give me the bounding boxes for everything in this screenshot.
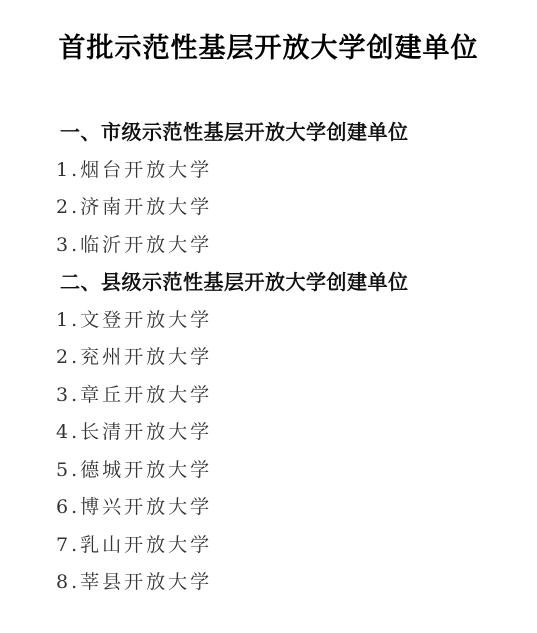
document-body: 一、市级示范性基层开放大学创建单位 1.烟台开放大学 2.济南开放大学 3.临沂… <box>0 112 537 600</box>
list-item-county-6: 6.博兴开放大学 <box>0 487 537 525</box>
list-item-county-2: 2.兖州开放大学 <box>0 337 537 375</box>
section-heading-county: 二、县级示范性基层开放大学创建单位 <box>0 262 537 300</box>
list-item-municipal-2: 2.济南开放大学 <box>0 187 537 225</box>
list-item-county-3: 3.章丘开放大学 <box>0 375 537 413</box>
list-item-municipal-1: 1.烟台开放大学 <box>0 150 537 188</box>
list-item-county-5: 5.德城开放大学 <box>0 450 537 488</box>
list-item-county-4: 4.长清开放大学 <box>0 412 537 450</box>
document-title: 首批示范性基层开放大学创建单位 <box>0 30 537 68</box>
list-item-municipal-3: 3.临沂开放大学 <box>0 225 537 263</box>
list-item-county-8: 8.莘县开放大学 <box>0 562 537 600</box>
list-item-county-1: 1.文登开放大学 <box>0 300 537 338</box>
list-item-county-7: 7.乳山开放大学 <box>0 525 537 563</box>
document-page: 首批示范性基层开放大学创建单位 一、市级示范性基层开放大学创建单位 1.烟台开放… <box>0 0 537 633</box>
section-heading-municipal: 一、市级示范性基层开放大学创建单位 <box>0 112 537 150</box>
